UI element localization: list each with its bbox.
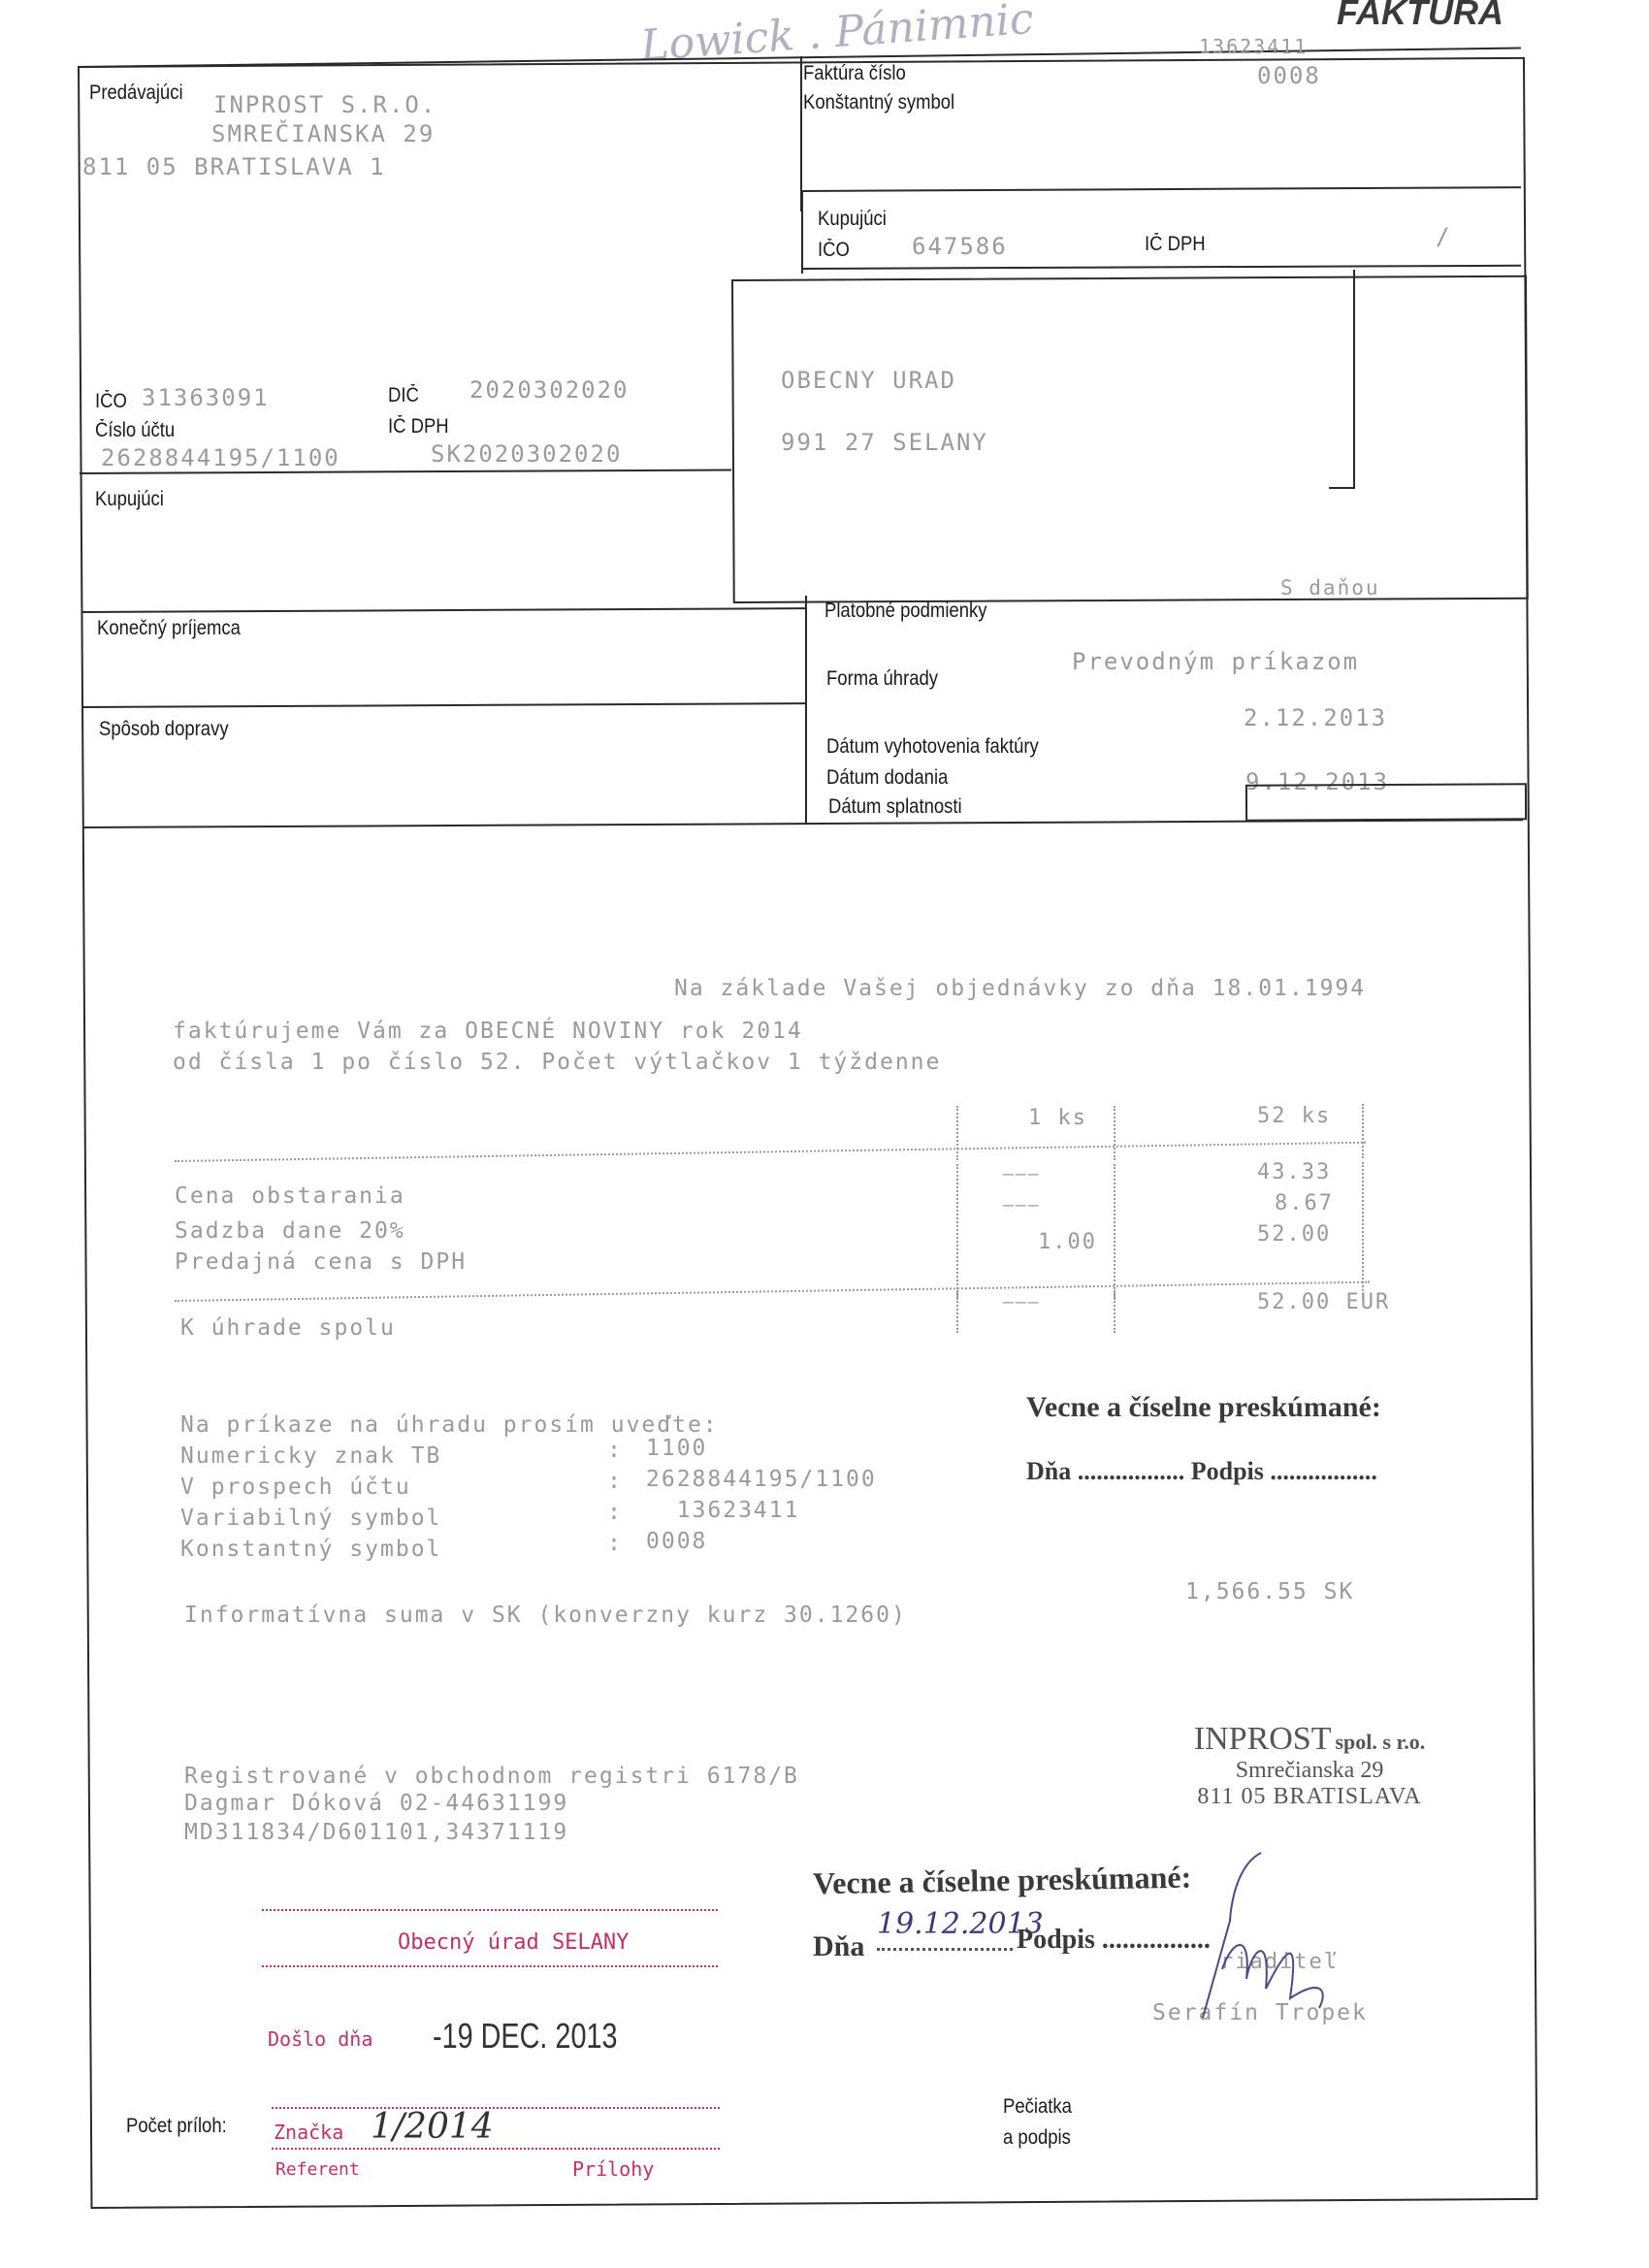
invoice-number-label: Faktúra číslo: [803, 62, 906, 85]
review-stamp-bottom-dna-label: Dňa: [813, 1930, 864, 1963]
row-label: Predajná cena s DPH: [175, 1249, 467, 1275]
seller-account-label: Číslo účtu: [95, 419, 175, 442]
instruction-label: Variabilný symbol: [180, 1506, 441, 1531]
intro-line-1: Na základe Vašej objednávky zo dňa 18.01…: [674, 976, 1366, 1001]
receipt-stamp-date: -19 DEC. 2013: [433, 2016, 618, 2057]
registration-line-1: Registrované v obchodnom registri 6178/B: [184, 1764, 799, 1789]
seller-label: Predávajúci: [89, 81, 183, 105]
issue-date: 2.12.2013: [1244, 704, 1387, 731]
instruction-value: 1100: [646, 1436, 707, 1461]
instruction-separator: :: [607, 1438, 623, 1463]
row-unit: ———: [1003, 1195, 1041, 1215]
row-total: 52.00: [1257, 1222, 1331, 1247]
buyer-address-line1: OBECNY URAD: [781, 367, 956, 394]
instruction-value: 2628844195/1100: [646, 1467, 877, 1492]
row-label: Cena obstarania: [175, 1183, 405, 1209]
row-total: 8.67: [1275, 1191, 1334, 1215]
constant-symbol-label: Konštantný symbol: [803, 91, 954, 114]
seller-ico: 31363091: [142, 384, 270, 411]
constant-symbol: 0008: [1257, 62, 1321, 89]
invoice-number: 13623411: [1199, 35, 1308, 58]
instruction-value: 13623411: [646, 1498, 799, 1523]
intro-line-2: faktúrujeme Vám za OBECNÉ NOVINY rok 201…: [173, 1019, 803, 1044]
recipient-label: Konečný príjemca: [97, 617, 241, 640]
document-title: FAKTURA: [1337, 0, 1503, 33]
receipt-stamp-number-label: Značka: [274, 2121, 343, 2144]
instruction-separator: :: [607, 1531, 623, 1556]
buyer-icdph-label: IČ DPH: [1145, 233, 1206, 256]
receipt-stamp-attachments-label: Prílohy: [572, 2157, 654, 2181]
seller-account: 2628844195/1100: [101, 444, 340, 471]
row-label: Sadzba dane 20%: [175, 1218, 405, 1244]
total-label: K úhrade spolu: [180, 1315, 396, 1341]
instruction-value: 0008: [646, 1529, 707, 1554]
company-stamp-city: 811 05 BRATISLAVA: [1154, 1784, 1465, 1810]
receipt-stamp-referent-label: Referent: [275, 2159, 360, 2180]
receipt-stamp-office: Obecný úrad SELANY: [398, 1930, 629, 1955]
payment-instructions-heading: Na príkaze na úhradu prosím uveďte:: [180, 1412, 719, 1438]
seller-dic: 2020302020: [469, 376, 630, 404]
buyer-label: Kupujúci: [818, 208, 887, 231]
seller-dic-label: DIČ: [388, 384, 419, 407]
company-stamp-name: INPROST: [1194, 1721, 1332, 1757]
review-stamp-heading: Vecne a číselne preskúmané:: [1026, 1391, 1381, 1424]
info-sum-value: 1,566.55 SK: [1185, 1579, 1354, 1604]
col-unit-header: 1 ks: [1028, 1106, 1087, 1130]
due-date-label: Dátum splatnosti: [828, 795, 962, 819]
payment-terms-label: Platobné podmienky: [824, 599, 986, 623]
issue-date-label: Dátum vyhotovenia faktúry: [826, 735, 1039, 759]
receipt-stamp-number: 1/2014: [371, 2107, 494, 2147]
instruction-label: V prospech účtu: [180, 1474, 411, 1500]
seller-name: INPROST S.R.O.: [213, 91, 436, 118]
seller-street: SMREČIANSKA 29: [211, 120, 435, 147]
instruction-label: Numericky znak TB: [180, 1443, 441, 1469]
buyer-ico-label: IČO: [818, 239, 850, 262]
receipt-stamp-received-label: Došlo dňa: [268, 2027, 372, 2051]
company-stamp: INPROST spol. s r.o. Smrečianska 29 811 …: [1154, 1721, 1465, 1810]
payment-form-value: Prevodným príkazom: [1072, 648, 1359, 675]
delivery-date-label: Dátum dodania: [826, 766, 948, 790]
instruction-label: Konstantný symbol: [180, 1537, 441, 1562]
buyer-address-line2: 991 27 SELANY: [781, 429, 988, 456]
col-total-header: 52 ks: [1257, 1104, 1331, 1128]
seller-icdph: SK2020302020: [431, 440, 622, 468]
intro-line-3: od čísla 1 po číslo 52. Počet výtlačkov …: [173, 1050, 941, 1075]
registration-line-3: MD311834/D601101,34371119: [184, 1820, 568, 1845]
due-date-field[interactable]: [1245, 783, 1527, 822]
transport-label: Spôsob dopravy: [99, 718, 229, 741]
row-unit: 1.00: [1038, 1230, 1097, 1254]
company-stamp-suffix: spol. s r.o.: [1335, 1730, 1425, 1754]
seller-ico-label: IČO: [95, 390, 127, 413]
instruction-separator: :: [607, 1500, 623, 1525]
buyer-ico: 647586: [912, 233, 1008, 260]
registration-line-2: Dagmar Dóková 02-44631199: [184, 1791, 568, 1816]
total-value: 52.00 EUR: [1257, 1290, 1390, 1314]
payment-terms-value: S daňou: [1280, 576, 1380, 599]
info-sum-label: Informatívna suma v SK (konverzny kurz 3…: [184, 1603, 907, 1628]
company-stamp-street: Smrečianska 29: [1154, 1758, 1465, 1784]
seller-icdph-label: IČ DPH: [388, 415, 449, 438]
row-unit: ———: [1003, 1164, 1041, 1184]
attachments-count-label: Počet príloh:: [126, 2115, 227, 2138]
buyer-icdph: /: [1436, 223, 1451, 250]
total-unit: ———: [1003, 1292, 1041, 1312]
stamp-signature-label-2: a podpis: [1003, 2126, 1071, 2150]
signature-icon: [1125, 1833, 1436, 2027]
payment-form-label: Forma úhrady: [826, 667, 938, 691]
seller-city: 811 05 BRATISLAVA 1: [82, 153, 386, 180]
stamp-signature-label-1: Pečiatka: [1003, 2095, 1072, 2119]
review-stamp-line: Dňa ................. Podpis ...........…: [1026, 1457, 1377, 1486]
instruction-separator: :: [607, 1469, 623, 1494]
row-total: 43.33: [1257, 1160, 1331, 1184]
buyer-lower-label: Kupujúci: [95, 488, 164, 511]
